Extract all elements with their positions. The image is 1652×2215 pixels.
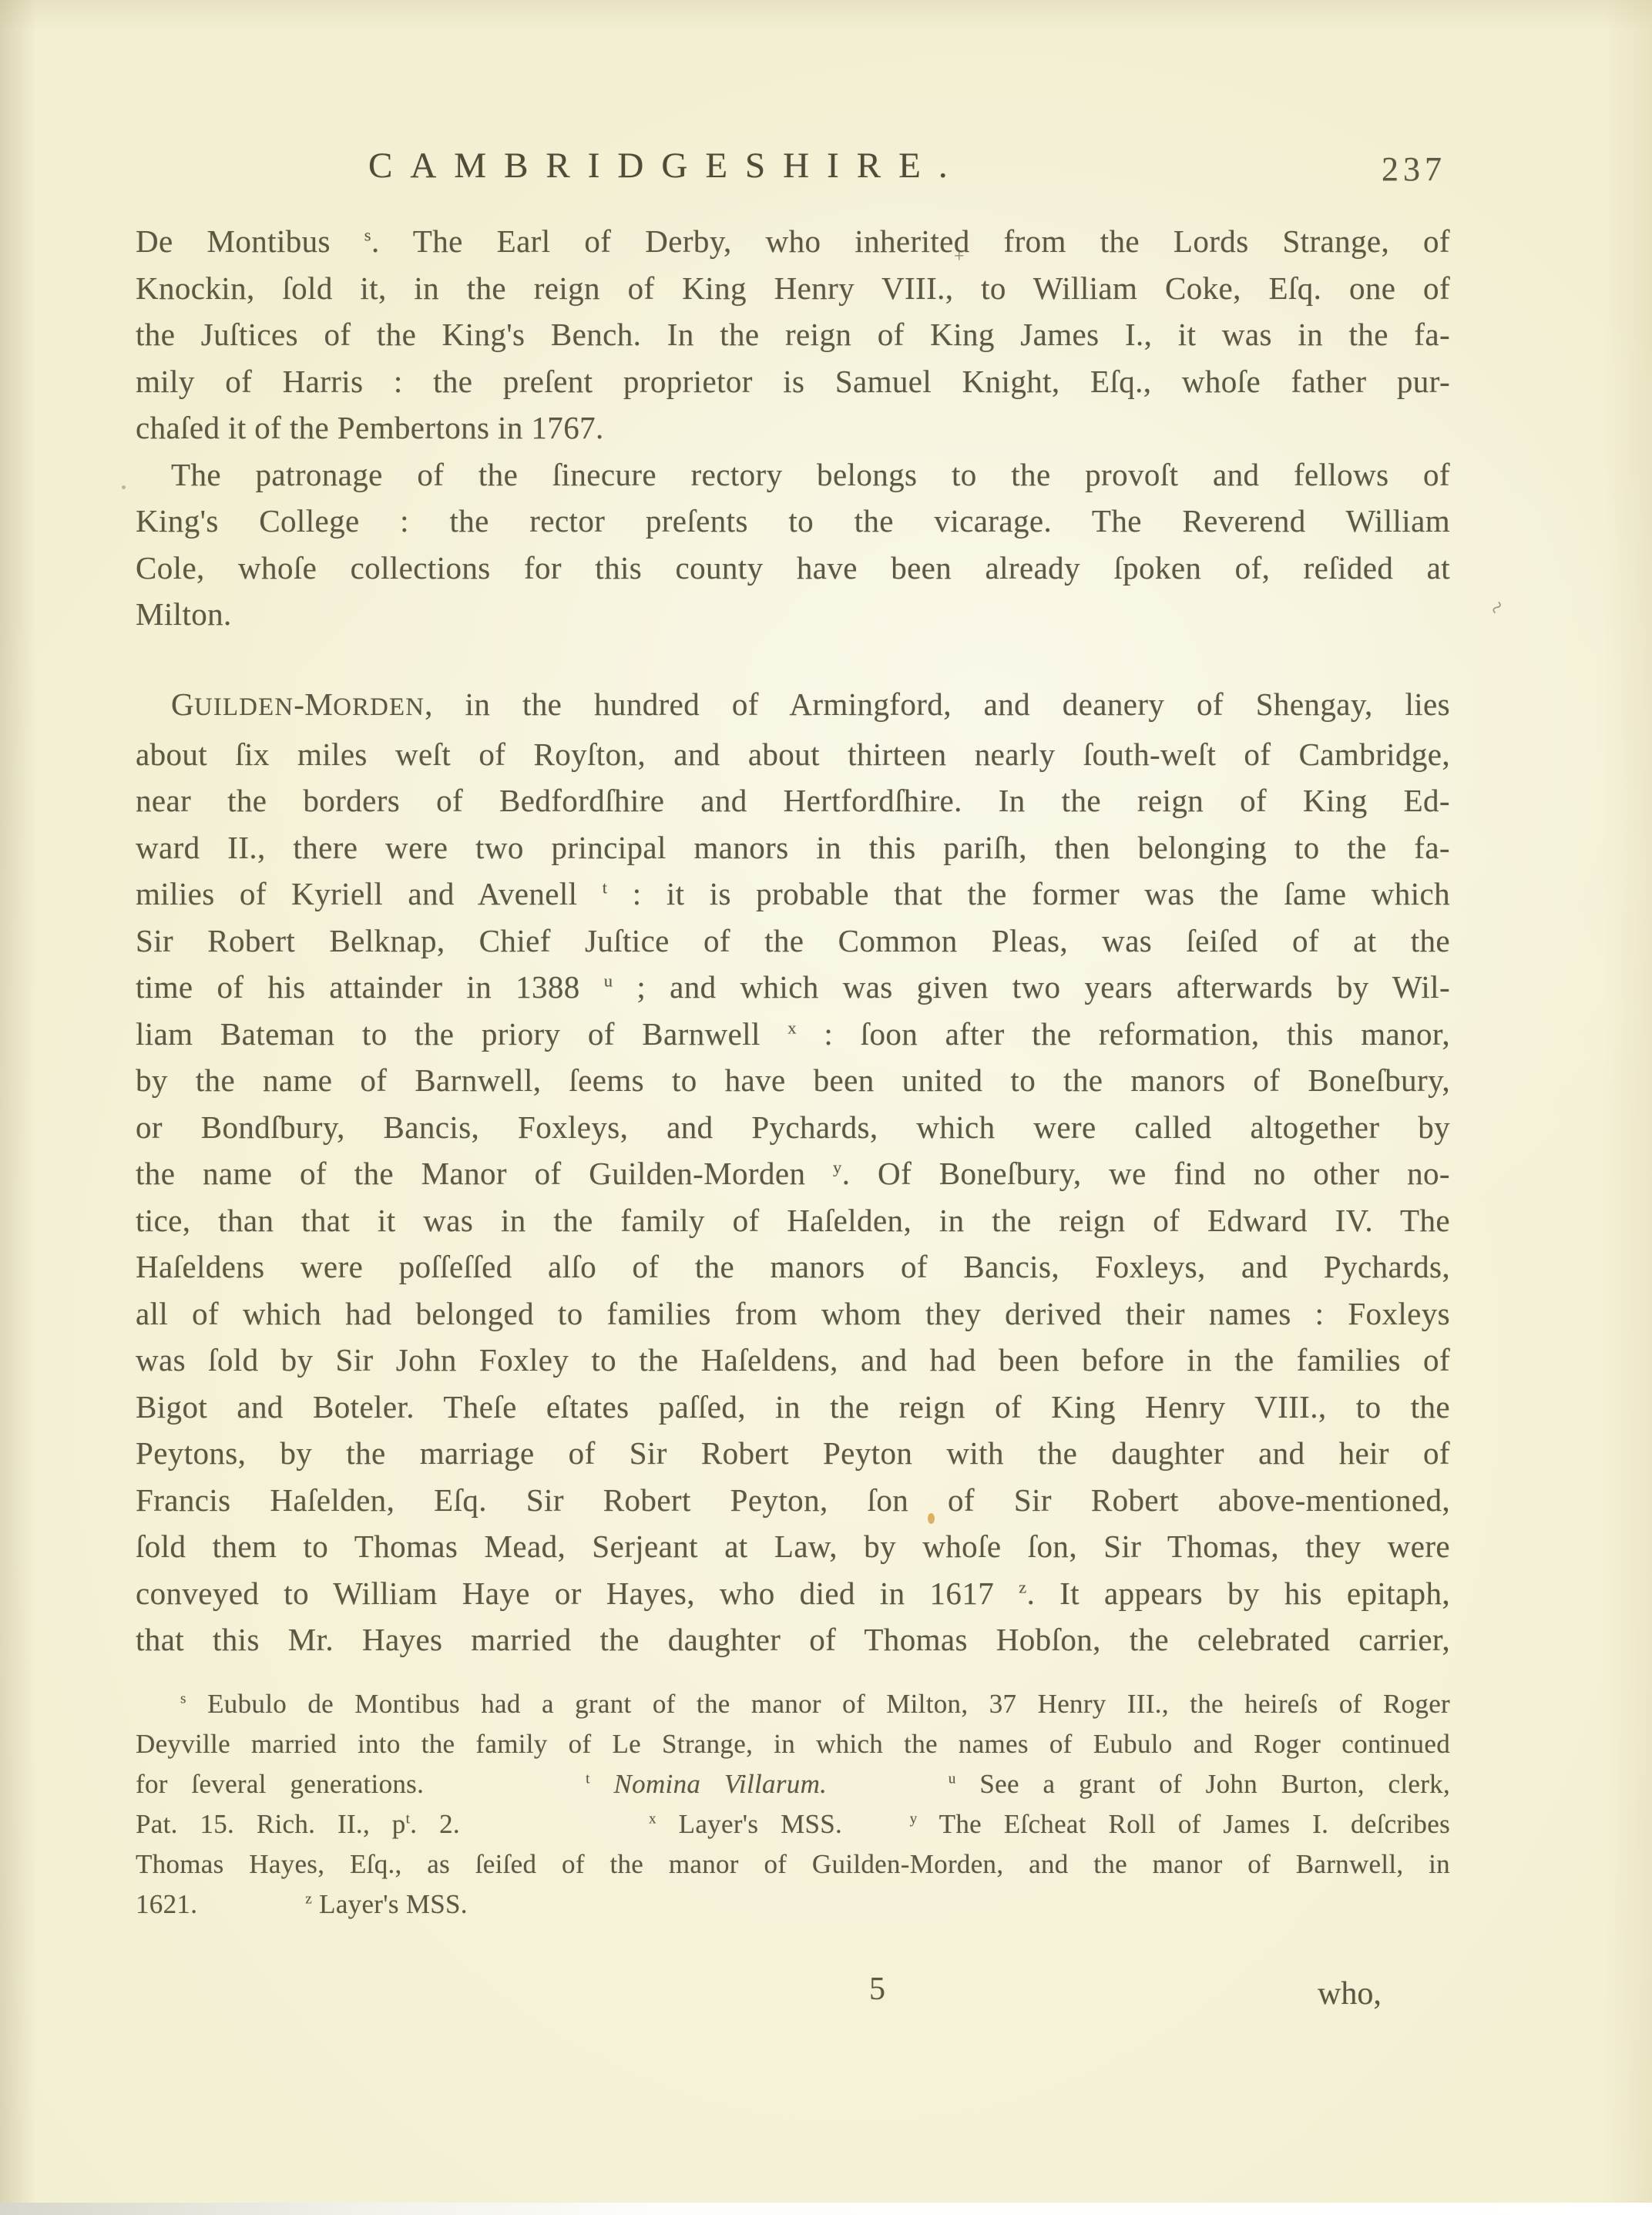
stray-squiggle-mark: ~ bbox=[1482, 593, 1513, 621]
text-line: 1621.z Layer's MSS. bbox=[136, 1884, 1450, 1925]
text-line: liam Bateman to the priory of Barnwell x… bbox=[136, 1011, 1450, 1058]
text-line: by the name of Barnwell, ſeems to have b… bbox=[136, 1057, 1450, 1104]
footnotes-block: s Eubulo de Montibus had a grant of the … bbox=[136, 1684, 1450, 1925]
text-line: conveyed to William Haye or Hayes, who d… bbox=[136, 1570, 1450, 1617]
text-line: Cole, whoſe collections for this county … bbox=[136, 545, 1450, 592]
text-line: s Eubulo de Montibus had a grant of the … bbox=[136, 1684, 1450, 1724]
text-line: Knockin, ſold it, in the reign of King H… bbox=[136, 265, 1450, 312]
text-line: the name of the Manor of Guilden-Morden … bbox=[136, 1150, 1450, 1197]
body-text-block-1: De Montibus s. The Earl of Derby, who in… bbox=[136, 218, 1450, 638]
text-line: for ſeveral generations.t Nomina Villaru… bbox=[136, 1764, 1450, 1804]
running-head-title: CAMBRIDGESHIRE. bbox=[368, 145, 965, 186]
stray-caret-mark: + bbox=[954, 247, 965, 267]
text-line: all of which had belonged to families fr… bbox=[136, 1290, 1450, 1337]
text-line: tice, than that it was in the family of … bbox=[136, 1197, 1450, 1244]
text-line: or Bondſbury, Bancis, Foxleys, and Pycha… bbox=[136, 1104, 1450, 1151]
text-line: Haſeldens were poſſeſſed alſo of the man… bbox=[136, 1243, 1450, 1290]
scan-bottom-edge bbox=[0, 2203, 1652, 2215]
text-line: De Montibus s. The Earl of Derby, who in… bbox=[136, 218, 1450, 265]
signature-mark: 5 bbox=[869, 1971, 885, 2008]
text-line: Deyville married into the family of Le S… bbox=[136, 1724, 1450, 1764]
paper-speck bbox=[122, 485, 126, 489]
text-line: about ſix miles weſt of Royſton, and abo… bbox=[136, 731, 1450, 778]
text-line: The patronage of the ſinecure rectory be… bbox=[136, 451, 1450, 498]
text-line: ward II., there were two principal manor… bbox=[136, 824, 1450, 871]
text-line: Thomas Hayes, Eſq., as ſeiſed of the man… bbox=[136, 1844, 1450, 1884]
text-line: GUILDEN-MORDEN, in the hundred of Arming… bbox=[136, 681, 1450, 731]
text-line: mily of Harris : the preſent proprietor … bbox=[136, 358, 1450, 405]
text-line: milies of Kyriell and Avenell t : it is … bbox=[136, 871, 1450, 918]
text-line: Peytons, by the marriage of Sir Robert P… bbox=[136, 1430, 1450, 1477]
text-line: King's College : the rector preſents to … bbox=[136, 498, 1450, 545]
text-line: that this Mr. Hayes married the daughter… bbox=[136, 1616, 1450, 1663]
text-line: Bigot and Boteler. Theſe eſtates paſſed,… bbox=[136, 1384, 1450, 1431]
text-line: the Juſtices of the King's Bench. In the… bbox=[136, 311, 1450, 358]
text-line: chaſed it of the Pembertons in 1767. bbox=[136, 404, 1450, 451]
paper-fleck bbox=[928, 1513, 935, 1524]
catchword: who, bbox=[1318, 1975, 1382, 2012]
page-number: 237 bbox=[1382, 149, 1446, 189]
text-line: Pat. 15. Rich. II., pt. 2.x Layer's MSS.… bbox=[136, 1804, 1450, 1844]
text-line: Francis Haſelden, Eſq. Sir Robert Peyton… bbox=[136, 1477, 1450, 1524]
text-line: Sir Robert Belknap, Chief Juſtice of the… bbox=[136, 918, 1450, 965]
text-line: Milton. bbox=[136, 591, 1450, 638]
text-line: near the borders of Bedfordſhire and Her… bbox=[136, 777, 1450, 824]
text-line: time of his attainder in 1388 u ; and wh… bbox=[136, 964, 1450, 1011]
body-text-block-2: GUILDEN-MORDEN, in the hundred of Arming… bbox=[136, 681, 1450, 1663]
text-line: ſold them to Thomas Mead, Serjeant at La… bbox=[136, 1523, 1450, 1570]
text-line: was ſold by Sir John Foxley to the Haſel… bbox=[136, 1337, 1450, 1384]
scanned-book-page: CAMBRIDGESHIRE. 237 De Montibus s. The E… bbox=[0, 0, 1652, 2215]
